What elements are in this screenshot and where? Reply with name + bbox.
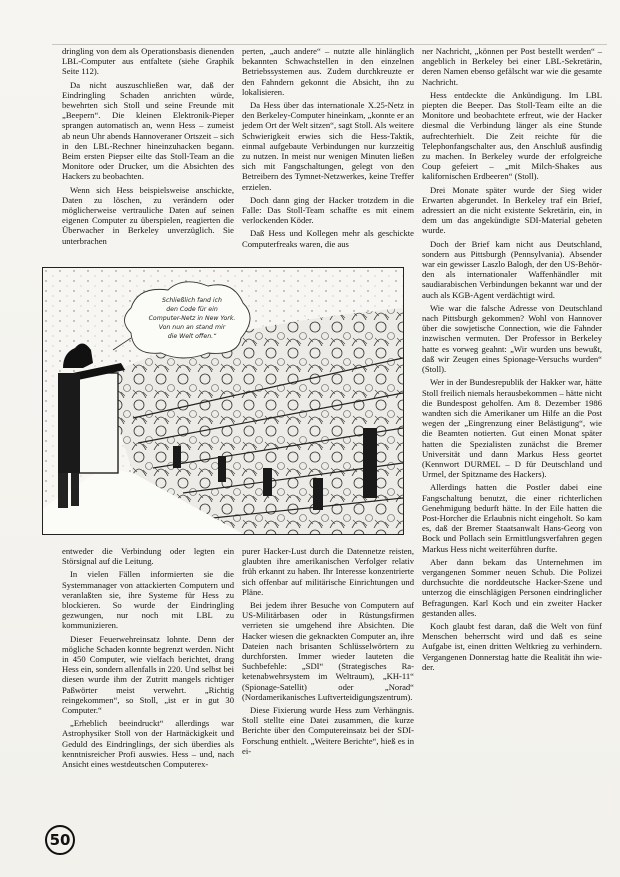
paragraph: purer Hacker-Lust durch die Datennetze r…: [242, 546, 414, 597]
speech-line: die Welt offen.“: [137, 332, 247, 341]
paragraph: „Erheblich beeindruckt“ allerdings war A…: [62, 718, 234, 769]
paragraph: Aber dann bekam das Unternehmen im verga…: [422, 557, 602, 618]
speech-line: Schließlich fand ich: [137, 296, 247, 305]
page-number: 50: [45, 825, 75, 855]
cartoon-illustration: Schließlich fand ich den Code für ein Co…: [42, 267, 404, 535]
paragraph: In vielen Fällen informierten sie die Sy…: [62, 569, 234, 630]
column-2-top: perten, „auch andere“ – nutzte alle hin­…: [242, 46, 414, 252]
paragraph: Diese Fixierung wurde Hess zum Ver­hängn…: [242, 705, 414, 756]
paragraph: Drei Monate später wurde der Sieg wi­der…: [422, 185, 602, 236]
magazine-page: dringling von dem als Operationsbasis di…: [0, 0, 620, 877]
paragraph: Doch dann ging der Hacker trotzdem in di…: [242, 195, 414, 226]
paragraph: Dieser Feuerwehreinsatz lohnte. Denn der…: [62, 634, 234, 716]
paragraph: dringling von dem als Operationsbasis di…: [62, 46, 234, 77]
paragraph: Hess entdeckte die Ankündigung. Im LBL p…: [422, 90, 602, 182]
paragraph: Wenn sich Hess beispielsweise an­schickt…: [62, 185, 234, 246]
paragraph: Bei jedem ihrer Besuche von Compu­tern a…: [242, 600, 414, 702]
speech-line: Von nun an stand mir: [137, 323, 247, 332]
paragraph: Doch der Brief kam nicht aus Deutschland…: [422, 239, 602, 300]
column-3: ner Nachricht, „können per Post bestellt…: [422, 46, 602, 675]
paragraph: Daß Hess und Kollegen mehr als ge­schick…: [242, 228, 414, 248]
speech-bubble-text: Schließlich fand ich den Code für ein Co…: [137, 296, 247, 341]
column-1-bottom: entweder die Verbindung oder legten ein …: [62, 546, 234, 772]
paragraph: Wer in der Bundesrepublik der Hak­ker wa…: [422, 377, 602, 479]
speech-line: den Code für ein: [137, 305, 247, 314]
paragraph: Allerdings hatten die Postler dabei ei­n…: [422, 482, 602, 553]
paragraph: entweder die Verbindung oder legten ein …: [62, 546, 234, 566]
column-2-bottom: purer Hacker-Lust durch die Datennetze r…: [242, 546, 414, 759]
paragraph: perten, „auch andere“ – nutzte alle hin­…: [242, 46, 414, 97]
column-1-top: dringling von dem als Operationsbasis di…: [62, 46, 234, 249]
paragraph: Koch glaubt fest daran, daß die Welt von…: [422, 621, 602, 672]
speech-line: Computer-Netz in New York.: [137, 314, 247, 323]
paragraph: Da Hess über das internationale X.25-Net…: [242, 100, 414, 192]
paragraph: ner Nachricht, „können per Post bestellt…: [422, 46, 602, 87]
paragraph: Da nicht auszuschließen war, daß der Ein…: [62, 80, 234, 182]
paragraph: Wie war die falsche Adresse von Deutschl…: [422, 303, 602, 374]
top-rule: [52, 44, 607, 45]
